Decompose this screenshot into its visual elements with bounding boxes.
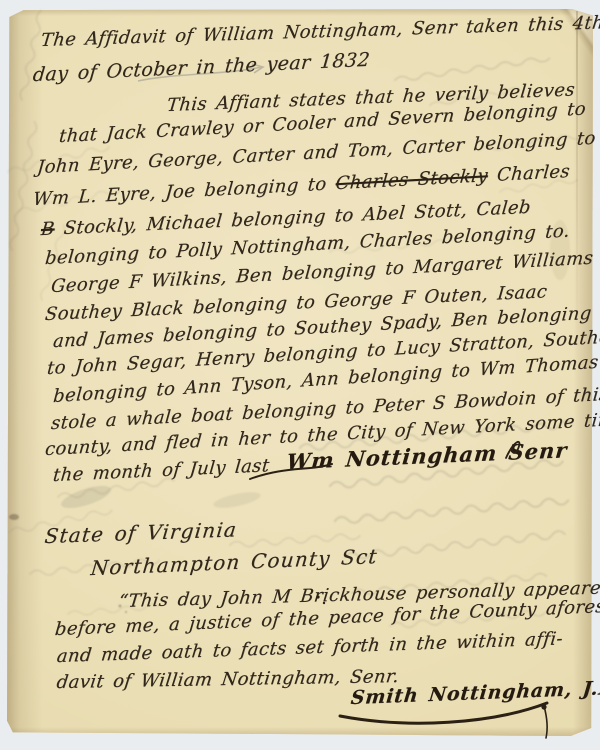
corner-fold xyxy=(549,9,593,65)
document-page xyxy=(7,9,593,736)
scanned-document: The Affidavit of William Nottingham, Sen… xyxy=(0,0,600,750)
vertical-fold-crease xyxy=(576,11,578,341)
